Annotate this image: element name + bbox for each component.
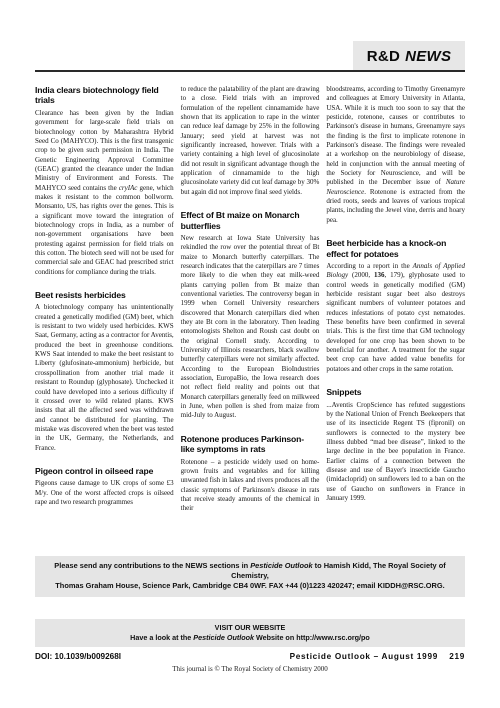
- page-number: 219: [449, 652, 465, 661]
- contributions-notice: Please send any contributions to the NEW…: [35, 556, 465, 597]
- text-segment: Pesticide Outlook: [193, 633, 254, 642]
- text-segment: Please send any contributions to the NEW…: [54, 561, 250, 570]
- text-segment: Website on http://www.rsc.org/po: [254, 633, 370, 642]
- text-segment: New research at Iowa State University ha…: [181, 234, 320, 420]
- doi-text: DOI: 10.1039/b009268l: [35, 652, 121, 661]
- section-heading: Pigeon control in oilseed rape: [35, 466, 174, 476]
- text-segment: gene, which makes it resistant to the co…: [35, 184, 174, 276]
- footer-meta-row: DOI: 10.1039/b009268l Pesticide Outlook …: [35, 652, 465, 661]
- issue-line: Pesticide Outlook – August 1999 219: [290, 652, 465, 661]
- article-column: India clears biotechnology field trialsC…: [35, 85, 174, 514]
- paragraph: to reduce the palatability of the plant …: [181, 85, 320, 197]
- paragraph: A biotechnology company has unintentiona…: [35, 303, 174, 453]
- article-column: to reduce the palatability of the plant …: [181, 85, 320, 514]
- paragraph: Pigeons cause damage to UK crops of some…: [35, 479, 174, 507]
- paragraph: According to a report in the Annals of A…: [326, 262, 465, 374]
- text-segment: VISIT OUR WEBSITE: [215, 623, 286, 632]
- paragraph: Rotenone – a pesticide widely used on ho…: [181, 458, 320, 514]
- text-segment: Rotenone – a pesticide widely used on ho…: [181, 458, 320, 513]
- text-segment: cryIAc: [119, 184, 138, 192]
- paragraph: New research at Iowa State University ha…: [181, 234, 320, 421]
- section-heading: India clears biotechnology field trials: [35, 85, 174, 106]
- text-segment: According to a report in the: [326, 262, 412, 270]
- article-columns: India clears biotechnology field trialsC…: [35, 85, 465, 514]
- text-segment: A biotechnology company has unintentiona…: [35, 303, 174, 451]
- section-heading: Beet resists herbicides: [35, 290, 174, 300]
- website-notice: VISIT OUR WEBSITEHave a look at the Pest…: [35, 619, 465, 647]
- paragraph: bloodstreams, according to Timothy Green…: [326, 85, 465, 225]
- copyright-line: This journal is © The Royal Society of C…: [0, 665, 500, 673]
- text-segment: Have a look at the: [130, 633, 193, 642]
- banner-text-rd: R&D: [367, 48, 400, 65]
- text-segment: Pesticide Outlook: [250, 561, 312, 570]
- text-segment: bloodstreams, according to Timothy Green…: [326, 85, 465, 186]
- section-heading: Rotenone produces Parkinson- like sympto…: [181, 434, 320, 455]
- text-segment: , 179), glyphosate used to control weeds…: [326, 271, 465, 372]
- text-segment: ...Aventis CropScience has refuted sugge…: [326, 401, 465, 502]
- band-line: Have a look at the Pesticide Outlook Web…: [43, 633, 457, 643]
- banner-text-news: NEWS: [405, 48, 451, 65]
- band-line: VISIT OUR WEBSITE: [43, 623, 457, 633]
- header-rule: [35, 70, 465, 72]
- text-segment: (2000,: [348, 271, 374, 279]
- section-heading: Effect of Bt maize on Monarch butterflie…: [181, 210, 320, 231]
- journal-page: R&D NEWS India clears biotechnology fiel…: [0, 0, 500, 708]
- section-heading: Snippets: [326, 387, 465, 397]
- article-column: bloodstreams, according to Timothy Green…: [326, 85, 465, 514]
- band-line: Please send any contributions to the NEW…: [43, 561, 457, 581]
- text-segment: Pigeons cause damage to UK crops of some…: [35, 479, 174, 506]
- section-banner: R&D NEWS: [353, 41, 465, 71]
- paragraph: ...Aventis CropScience has refuted sugge…: [326, 401, 465, 504]
- text-segment: Thomas Graham House, Science Park, Cambr…: [55, 581, 444, 590]
- text-segment: to reduce the palatability of the plant …: [181, 85, 320, 196]
- text-segment: Clearance has been given by the Indian g…: [35, 109, 174, 192]
- text-segment: 136: [374, 271, 385, 279]
- paragraph: Clearance has been given by the Indian g…: [35, 109, 174, 277]
- band-line: Thomas Graham House, Science Park, Cambr…: [43, 581, 457, 591]
- section-heading: Beet herbicide has a knock-on effect for…: [326, 238, 465, 259]
- issue-text: Pesticide Outlook – August 1999: [290, 652, 438, 661]
